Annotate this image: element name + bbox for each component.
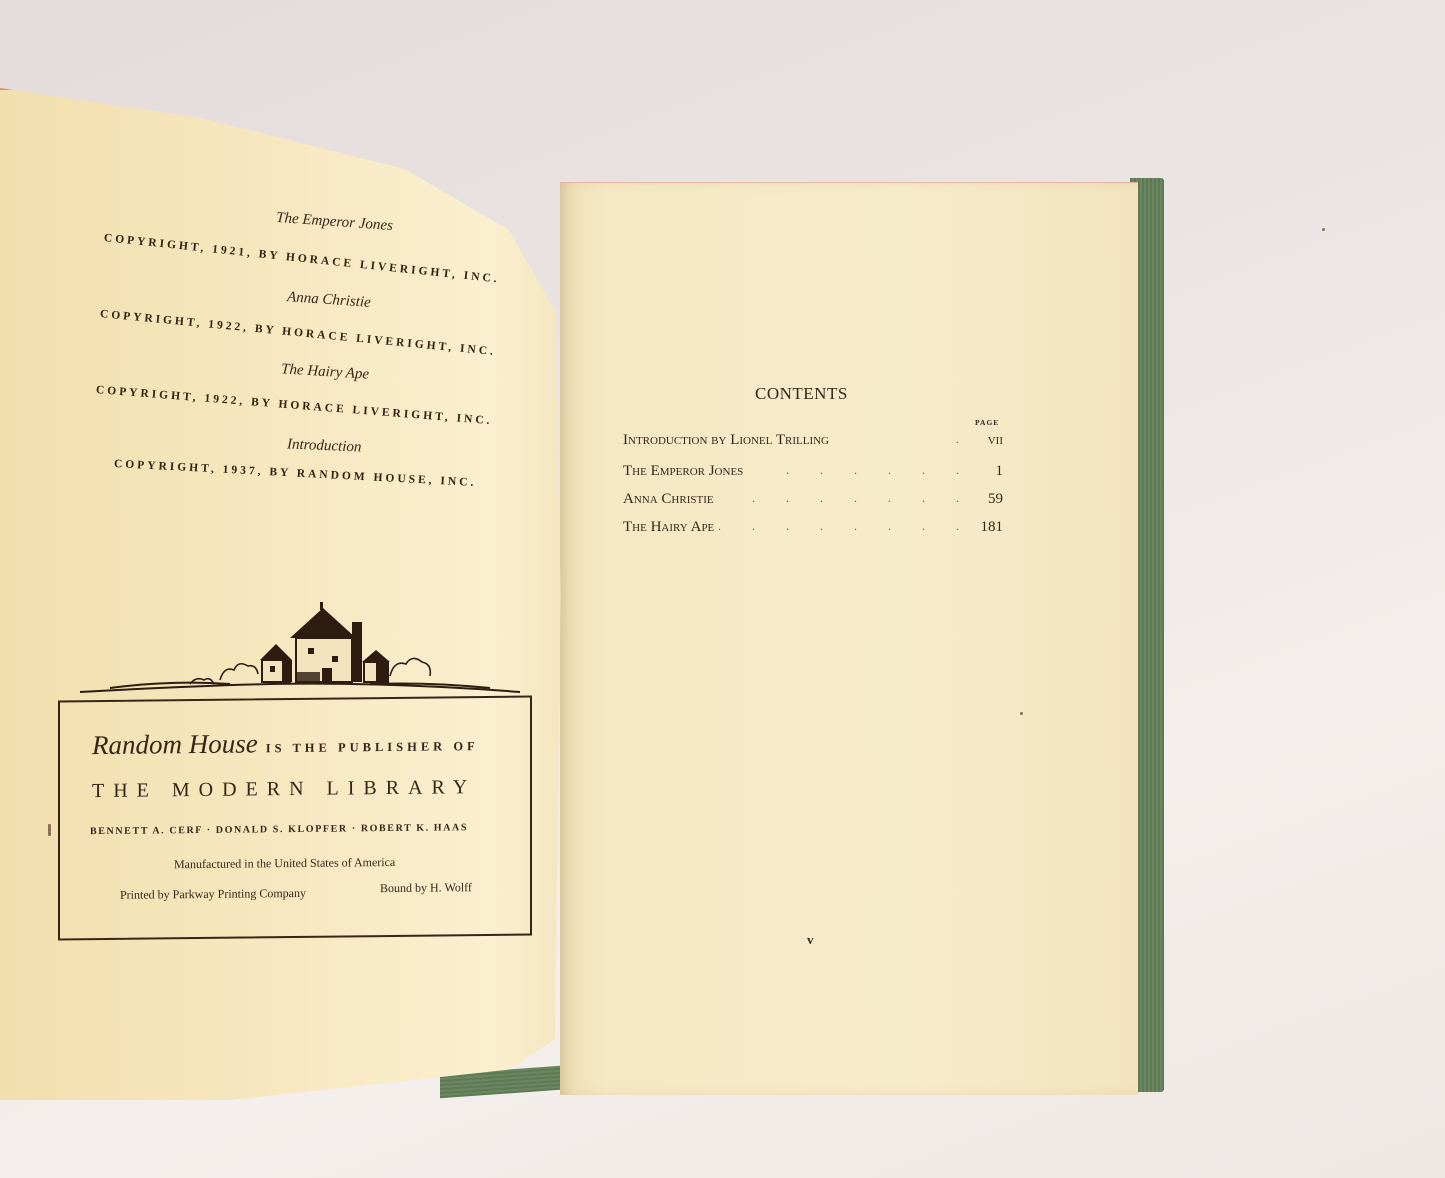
publisher-name: Random House (92, 728, 258, 760)
toc-leader-dots: . . . . . . . (623, 491, 973, 506)
right-page (560, 182, 1138, 1095)
series-name: THE MODERN LIBRARY (92, 776, 476, 803)
publisher-suffix: IS THE PUBLISHER OF (266, 739, 479, 755)
background-speck (1322, 228, 1325, 231)
toc-entry: The Emperor Jones . . . . . . 1 (623, 463, 1003, 485)
page-number: v (807, 932, 814, 948)
publisher-colophon-box: Random HouseIS THE PUBLISHER OF THE MODE… (58, 696, 532, 941)
book-photo: CONTENTS PAGE Introduction by Lionel Tri… (0, 0, 1445, 1178)
page-column-label: PAGE (975, 418, 999, 427)
publisher-people: BENNETT A. CERF · DONALD S. KLOPFER · RO… (90, 822, 468, 837)
toc-entry-page: 59 (988, 491, 1003, 508)
toc-entry: The Hairy Ape . . . . . . . . 181 (623, 519, 1003, 541)
contents-heading: CONTENTS (755, 384, 848, 404)
toc-leader-dots: . . . . . . (623, 463, 973, 478)
printed-by-line: Printed by Parkway Printing Company (120, 886, 306, 903)
toc-leader-dots: . . . . . . . . (623, 519, 973, 534)
toc-entry-page: vii (988, 432, 1003, 449)
copyright-work-title: Introduction (287, 436, 362, 456)
bound-by-line: Bound by H. Wolff (380, 880, 472, 896)
toc-entry: Anna Christie . . . . . . . 59 (623, 491, 1003, 513)
toc-entry-page: 181 (981, 519, 1004, 536)
left-page (0, 88, 578, 1100)
paper-mark (48, 824, 51, 836)
toc-leader-dots: . (623, 432, 973, 447)
house-illustration-icon (70, 600, 530, 700)
paper-speck (1020, 712, 1023, 715)
manufactured-line: Manufactured in the United States of Ame… (174, 855, 395, 872)
toc-entry: Introduction by Lionel Trilling . vii (623, 432, 1003, 454)
publisher-line: Random HouseIS THE PUBLISHER OF (92, 726, 479, 761)
toc-entry-page: 1 (996, 463, 1004, 480)
